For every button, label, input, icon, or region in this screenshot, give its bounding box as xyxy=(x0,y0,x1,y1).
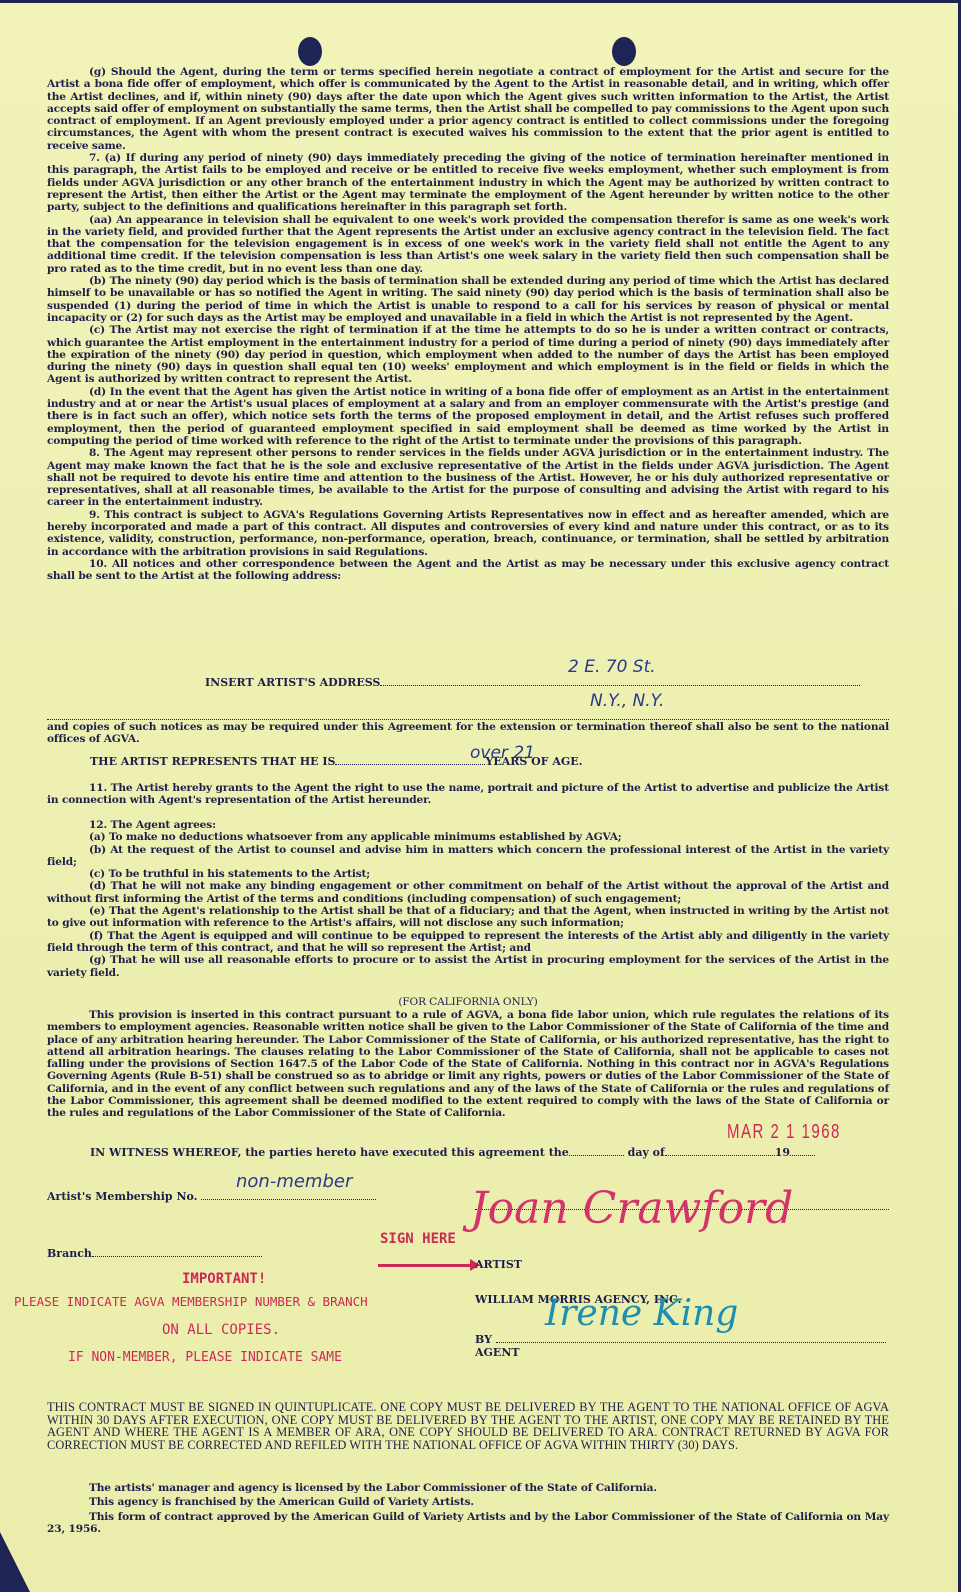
punch-hole xyxy=(612,37,636,66)
witness-line[interactable]: IN WITNESS WHEREOF, the parties hereto h… xyxy=(90,1146,815,1159)
clause-12: 12. The Agent agrees: (a) To make no ded… xyxy=(47,819,889,979)
clause-7a: 7. (a) If during any period of ninety (9… xyxy=(47,152,889,213)
clause-7c: (c) The Artist may not exercise the righ… xyxy=(47,324,889,385)
all-copies-stamp: ON ALL COPIES. xyxy=(162,1322,280,1338)
clause-11: 11. The Artist hereby grants to the Agen… xyxy=(47,782,889,807)
clause-11-text: 11. The Artist hereby grants to the Agen… xyxy=(47,782,889,807)
address-label: INSERT ARTIST'S ADDRESS xyxy=(205,676,380,689)
punch-hole xyxy=(298,37,322,66)
clause-12g: (g) That he will use all reasonable effo… xyxy=(47,954,889,979)
age-handwritten: over 21 xyxy=(470,743,535,763)
artist-signature: Joan Crawford xyxy=(470,1183,793,1234)
footer-franchise: This agency is franchised by the America… xyxy=(47,1496,889,1508)
date-stamp: MAR 2 1 1968 xyxy=(727,1121,841,1144)
clause-12-heading: 12. The Agent agrees: xyxy=(47,819,889,831)
agent-signature-line[interactable]: BY xyxy=(475,1333,886,1346)
clause-6g: (g) Should the Agent, during the term or… xyxy=(47,66,889,152)
clause-12e: (e) That the Agent's relationship to the… xyxy=(47,905,889,930)
clause-7b: (b) The ninety (90) day period which is … xyxy=(47,275,889,324)
non-member-stamp: IF NON-MEMBER, PLEASE INDICATE SAME xyxy=(68,1350,342,1365)
clause-7d: (d) In the event that the Agent has give… xyxy=(47,386,889,447)
year-prefix: 19 xyxy=(775,1146,790,1159)
indicate-membership-stamp: PLEASE INDICATE AGVA MEMBERSHIP NUMBER &… xyxy=(14,1294,368,1309)
clause-9: 9. This contract is subject to AGVA's Re… xyxy=(47,509,889,558)
filing-instructions: THIS CONTRACT MUST BE SIGNED IN QUINTUPL… xyxy=(47,1401,889,1451)
address-line1-handwritten: 2 E. 70 St. xyxy=(568,657,656,677)
contract-clauses: (g) Should the Agent, during the term or… xyxy=(47,66,889,582)
sign-here-arrow xyxy=(378,1264,473,1267)
address-line2-handwritten: N.Y., N.Y. xyxy=(590,691,664,711)
important-stamp: IMPORTANT! xyxy=(182,1271,266,1287)
artist-label: ARTIST xyxy=(475,1258,522,1271)
branch-field[interactable]: Branch xyxy=(47,1247,262,1260)
clause-12c: (c) To be truthful in his statements to … xyxy=(47,868,889,880)
witness-text: IN WITNESS WHEREOF, the parties hereto h… xyxy=(90,1146,569,1159)
clause-8: 8. The Agent may represent other persons… xyxy=(47,447,889,508)
clause-12b: (b) At the request of the Artist to coun… xyxy=(47,844,889,869)
footer-notes: The artists' manager and agency is licen… xyxy=(47,1482,889,1535)
day-of-label: day of xyxy=(628,1146,665,1159)
california-heading: (FOR CALIFORNIA ONLY) xyxy=(47,996,889,1008)
folded-corner xyxy=(0,1532,30,1592)
agent-signature: Irene King xyxy=(545,1293,738,1334)
membership-handwritten: non-member xyxy=(236,1171,352,1192)
clause-12d: (d) That he will not make any binding en… xyxy=(47,880,889,905)
address-field[interactable]: INSERT ARTIST'S ADDRESS xyxy=(205,676,860,689)
california-provision-text: This provision is inserted in this contr… xyxy=(47,1009,889,1120)
notices-copy: and copies of such notices as may be req… xyxy=(47,721,889,746)
footer-license: The artists' manager and agency is licen… xyxy=(47,1482,889,1494)
agent-label: AGENT xyxy=(475,1346,520,1359)
california-heading-text: (FOR CALIFORNIA ONLY) xyxy=(398,996,537,1008)
clause-12a: (a) To make no deductions whatsoever fro… xyxy=(47,831,889,843)
sign-here-stamp: SIGN HERE xyxy=(380,1231,456,1247)
branch-label: Branch xyxy=(47,1247,92,1260)
california-provision: This provision is inserted in this contr… xyxy=(47,1009,889,1120)
membership-label: Artist's Membership No. xyxy=(47,1190,197,1203)
footer-approval: This form of contract approved by the Am… xyxy=(47,1511,889,1536)
age-prefix: THE ARTIST REPRESENTS THAT HE IS xyxy=(90,755,335,768)
contract-page: (g) Should the Agent, during the term or… xyxy=(0,3,958,1592)
clause-7aa: (aa) An appearance in television shall b… xyxy=(47,214,889,275)
clause-10: 10. All notices and other correspondence… xyxy=(47,558,889,583)
clause-12f: (f) That the Agent is equipped and will … xyxy=(47,930,889,955)
notices-copy-text: and copies of such notices as may be req… xyxy=(47,721,889,746)
by-label: BY xyxy=(475,1333,492,1346)
